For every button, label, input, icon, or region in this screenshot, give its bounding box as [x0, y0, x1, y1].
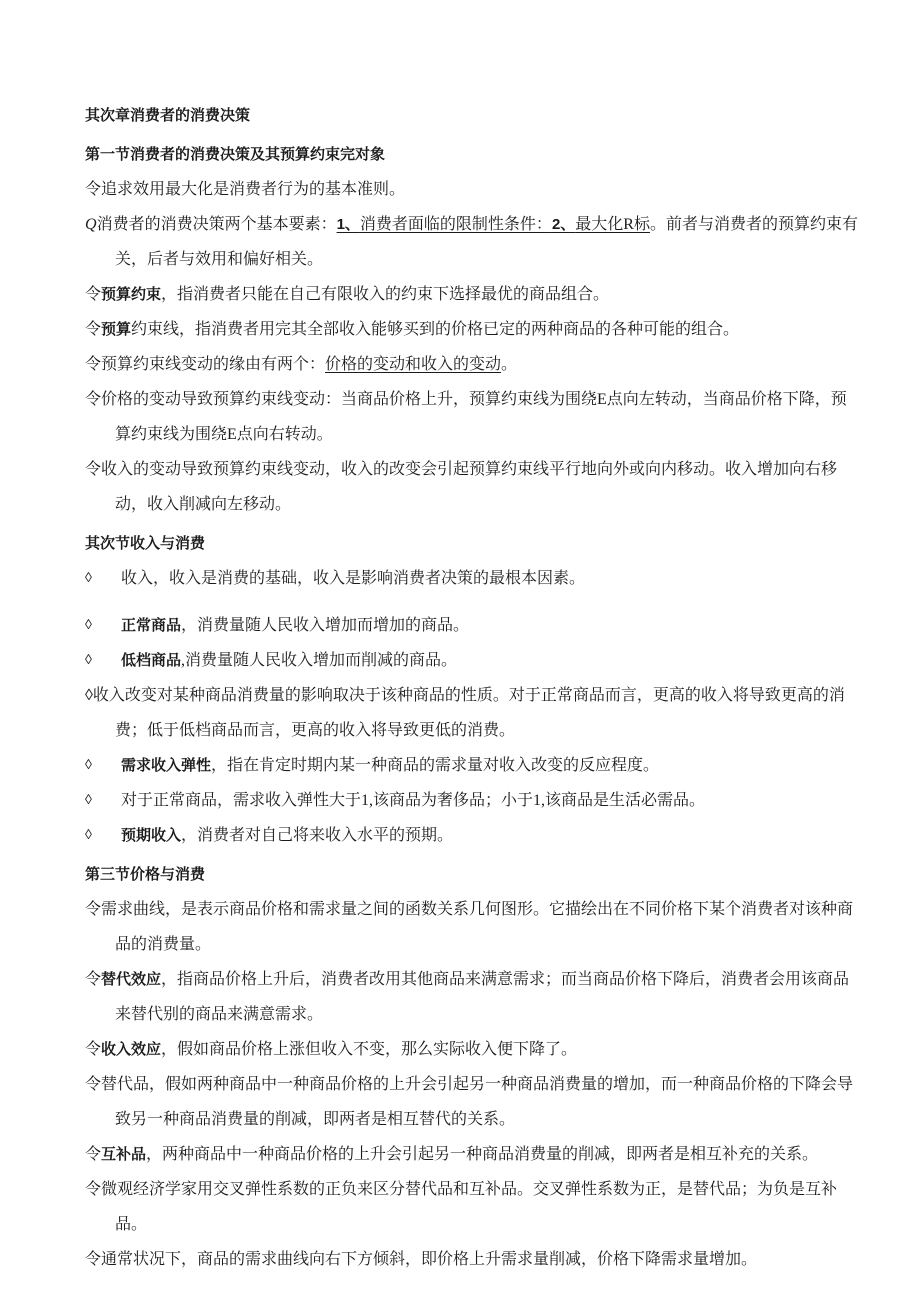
diamond-bullet-icon: ◊: [85, 748, 121, 783]
list-item-text: 低档商品,消费量随人民收入增加而削减的商品。: [121, 643, 860, 678]
paragraph: 令替代品，假如两种商品中一种商品价格的上升会引起另一种商品消费量的增加，而一种商…: [85, 1067, 860, 1137]
paragraph: ◊收入改变对某种商品消费量的影响取决于该种商品的性质。对于正常商品而言，更高的收…: [85, 678, 860, 748]
list-item-text: 收入，收入是消费的基础，收入是影响消费者决策的最根本因素。: [121, 561, 860, 596]
section-heading: 其次节收入与消费: [85, 526, 860, 561]
paragraph: 令预算约束，指消费者只能在自己有限收入的约束下选择最优的商品组合。: [85, 277, 860, 312]
diamond-bullet-icon: ◊: [85, 643, 121, 678]
text-segment: 令需求曲线，是表示商品价格和需求量之间的函数关系几何图形。它描绘出在不同价格下某…: [85, 901, 853, 953]
document-body: 其次章消费者的消费决策第一节消费者的消费决策及其预算约束完对象令追求效用最大化是…: [0, 0, 920, 1277]
text-segment: 预算约束: [101, 286, 161, 303]
text-segment: 互补品: [101, 1146, 146, 1163]
text-segment: 收入，收入是消费的基础，收入是影响消费者决策的最根本因素。: [121, 570, 585, 587]
paragraph: 令收入效应，假如商品价格上涨但收入不变，那么实际收入便下降了。: [85, 1032, 860, 1067]
text-segment: 正常商品: [121, 617, 181, 634]
paragraph: 令互补品，两种商品中一种商品价格的上升会引起另一种商品消费量的削减，即两者是相互…: [85, 1137, 860, 1172]
text-segment: ，假如商品价格上涨但收入不变，那么实际收入便下降了。: [161, 1041, 577, 1058]
text-segment: 1、: [337, 216, 360, 233]
text-segment: 令通常状况下，商品的需求曲线向右下方倾斜，即价格上升需求量削减，价格下降需求量增…: [85, 1251, 757, 1268]
text-segment: 预算: [101, 321, 131, 338]
text-segment: 消费者的消费决策两个基本要素：: [97, 216, 337, 233]
section-heading: 第一节消费者的消费决策及其预算约束完对象: [85, 137, 860, 172]
text-segment: 预期收入: [121, 827, 181, 844]
text-segment: 约束线，指消费者用完其全部收入能够买到的价格已定的两种商品的各种可能的组合。: [131, 321, 739, 338]
list-item: ◊低档商品,消费量随人民收入增加而削减的商品。: [85, 643, 860, 678]
text-segment: 收入效应: [101, 1041, 161, 1058]
text-segment: 令: [85, 321, 101, 338]
paragraph: 令需求曲线，是表示商品价格和需求量之间的函数关系几何图形。它描绘出在不同价格下某…: [85, 892, 860, 962]
text-segment: 第三节价格与消费: [85, 866, 205, 883]
diamond-bullet-icon: ◊: [85, 561, 121, 596]
text-segment: ◊收入改变对某种商品消费量的影响取决于该种商品的性质。对于正常商品而言，更高的收…: [85, 687, 845, 739]
paragraph: 令价格的变动导致预算约束线变动：当商品价格上升，预算约束线为围绕E点向左转动，当…: [85, 382, 860, 452]
text-segment: 令预算约束线变动的缘由有两个：: [85, 356, 325, 373]
text-segment: 2、: [552, 216, 575, 233]
list-item-text: 对于正常商品，需求收入弹性大于1,该商品为奢侈品；小于1,该商品是生活必需品。: [121, 783, 860, 818]
text-segment: 替代效应: [101, 971, 161, 988]
text-segment: 其次节收入与消费: [85, 535, 205, 552]
diamond-bullet-icon: ◊: [85, 783, 121, 818]
list-item-text: 需求收入弹性，指在肯定时期内某一种商品的需求量对收入改变的反应程度。: [121, 748, 860, 783]
text-segment: 其次章消费者的消费决策: [85, 107, 250, 124]
text-segment: 最大化R标: [575, 216, 650, 233]
list-item: ◊预期收入，消费者对自己将来收入水平的预期。: [85, 818, 860, 853]
text-segment: 第一节消费者的消费决策及其预算约束完对象: [85, 146, 385, 163]
list-item-text: 预期收入，消费者对自己将来收入水平的预期。: [121, 818, 860, 853]
text-segment: ，指商品价格上升后，消费者改用其他商品来满意需求；而当商品价格下降后，消费者会用…: [115, 971, 849, 1023]
section-heading: 第三节价格与消费: [85, 857, 860, 892]
text-segment: ，指在肯定时期内某一种商品的需求量对收入改变的反应程度。: [211, 757, 659, 774]
paragraph: 令微观经济学家用交叉弹性系数的正负来区分替代品和互补品。交叉弹性系数为正，是替代…: [85, 1172, 860, 1242]
diamond-bullet-icon: ◊: [85, 818, 121, 853]
text-segment: 。: [501, 356, 517, 373]
text-segment: 令微观经济学家用交叉弹性系数的正负来区分替代品和互补品。交叉弹性系数为正，是替代…: [85, 1181, 837, 1233]
text-segment: 令收入的变动导致预算约束线变动，收入的改变会引起预算约束线平行地向外或向内移动。…: [85, 461, 837, 513]
text-segment: ，消费者对自己将来收入水平的预期。: [181, 827, 453, 844]
paragraph: 令预算约束线，指消费者用完其全部收入能够买到的价格已定的两种商品的各种可能的组合…: [85, 312, 860, 347]
text-segment: 价格的变动和收入的变动: [325, 356, 501, 373]
text-segment: ，指消费者只能在自己有限收入的约束下选择最优的商品组合。: [161, 286, 609, 303]
text-segment: 令: [85, 1041, 101, 1058]
text-segment: 令: [85, 971, 101, 988]
text-segment: 低档商品: [121, 652, 181, 669]
document-page: 其次章消费者的消费决策第一节消费者的消费决策及其预算约束完对象令追求效用最大化是…: [0, 0, 920, 1301]
section-heading: 其次章消费者的消费决策: [85, 98, 860, 133]
list-item: ◊正常商品，消费量随人民收入增加而增加的商品。: [85, 608, 860, 643]
paragraph: 令收入的变动导致预算约束线变动，收入的改变会引起预算约束线平行地向外或向内移动。…: [85, 452, 860, 522]
text-segment: 消费者面临的限制性条件：: [360, 216, 552, 233]
diamond-bullet-icon: ◊: [85, 608, 121, 643]
text-segment: 令: [85, 1146, 101, 1163]
list-item-text: 正常商品，消费量随人民收入增加而增加的商品。: [121, 608, 860, 643]
list-item: ◊对于正常商品，需求收入弹性大于1,该商品为奢侈品；小于1,该商品是生活必需品。: [85, 783, 860, 818]
text-segment: ，消费量随人民收入增加而增加的商品。: [181, 617, 469, 634]
text-segment: 令价格的变动导致预算约束线变动：当商品价格上升，预算约束线为围绕E点向左转动，当…: [85, 391, 847, 443]
paragraph: Q消费者的消费决策两个基本要素：1、消费者面临的限制性条件：2、最大化R标。前者…: [85, 207, 860, 277]
text-segment: Q: [85, 216, 97, 233]
list-item: ◊需求收入弹性，指在肯定时期内某一种商品的需求量对收入改变的反应程度。: [85, 748, 860, 783]
text-segment: 需求收入弹性: [121, 757, 211, 774]
text-segment: 令追求效用最大化是消费者行为的基本准则。: [85, 181, 405, 198]
text-segment: 对于正常商品，需求收入弹性大于1,该商品为奢侈品；小于1,该商品是生活必需品。: [121, 792, 705, 809]
paragraph: 令通常状况下，商品的需求曲线向右下方倾斜，即价格上升需求量削减，价格下降需求量增…: [85, 1242, 860, 1277]
paragraph: 令预算约束线变动的缘由有两个：价格的变动和收入的变动。: [85, 347, 860, 382]
text-segment: ,消费量随人民收入增加而削减的商品。: [181, 652, 457, 669]
text-segment: 令: [85, 286, 101, 303]
list-item: ◊收入，收入是消费的基础，收入是影响消费者决策的最根本因素。: [85, 561, 860, 596]
text-segment: ，两种商品中一种商品价格的上升会引起另一种商品消费量的削减，即两者是相互补充的关…: [146, 1146, 818, 1163]
paragraph: 令替代效应，指商品价格上升后，消费者改用其他商品来满意需求；而当商品价格下降后，…: [85, 962, 860, 1032]
text-segment: 令替代品，假如两种商品中一种商品价格的上升会引起另一种商品消费量的增加，而一种商…: [85, 1076, 853, 1128]
paragraph: 令追求效用最大化是消费者行为的基本准则。: [85, 172, 860, 207]
